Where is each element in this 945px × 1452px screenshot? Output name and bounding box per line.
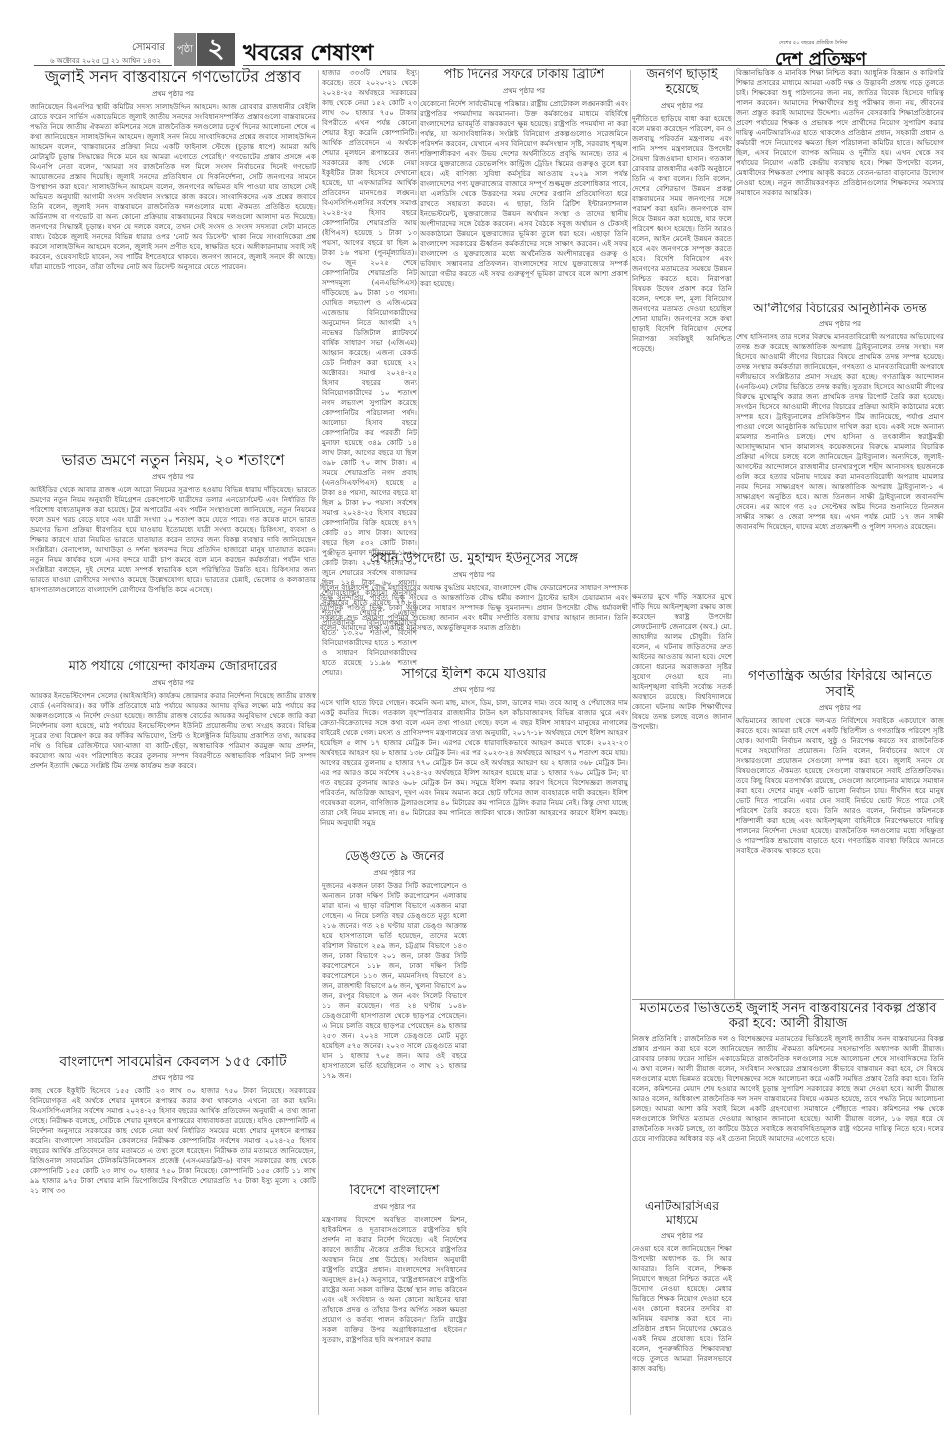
article-continued-from: প্রথম পৃষ্ঠার পর bbox=[632, 100, 732, 112]
page-number-box: ২ bbox=[197, 33, 235, 66]
article-yunus-meeting: প্রধান উপদেষ্টা ড. মুহাম্মদ ইউনূসের সঙ্গ… bbox=[320, 552, 628, 662]
page-label-box: পৃষ্ঠা bbox=[174, 33, 196, 66]
article-body: বিজ্ঞানভিত্তিক ও মানবিক শিক্ষা নিশ্চিত ক… bbox=[736, 68, 944, 198]
article-body: জানিয়েছেন বিএনপির স্থায়ী কমিটির সদস্য … bbox=[30, 102, 316, 272]
article-hilsa-decline: সাগরে ইলিশ কমে যাওয়ারপ্রথম পৃষ্ঠার পরএস… bbox=[320, 666, 628, 1416]
article-continued-from: প্রথম পৃষ্ঠার পর bbox=[320, 684, 628, 696]
article-body: কাছ থেকে ইকুইটি হিসেবে ১৫৫ কোটি ২৩ লাখ ৩… bbox=[30, 1086, 316, 1196]
article-body: অভিমানের জায়গা থেকে দল-মত নির্বিশেষে সব… bbox=[736, 716, 944, 856]
article-continued-from: প্রথম পৃষ্ঠার পর bbox=[320, 569, 628, 581]
article-body: আয়কর ইনভেস্টিগেশন সেলের (আইআইসি) কার্যক… bbox=[30, 691, 316, 771]
article-continued-from: প্রথম পৃষ্ঠার পর bbox=[30, 1072, 316, 1084]
masthead-rule-left bbox=[34, 65, 172, 66]
article-july-charter: জুলাই সনদ বাস্তবায়নে গণভোটের প্রস্তাবপ্… bbox=[30, 68, 316, 448]
article-body: শেখ হাসিনাসহ তার দলের বিরুদ্ধে মানবতাবির… bbox=[736, 332, 944, 532]
article-headline: জনগণ ছাড়াই হয়েছে bbox=[632, 68, 732, 98]
masthead: সোমবার ৬ অক্টোবর ২০২৫ ❑ ২১ আশ্বিন ১৪৩২ প… bbox=[0, 0, 945, 66]
article-continued-from: প্রথম পৃষ্ঠার পর bbox=[30, 88, 316, 100]
article-awami-league-trial: আ'লীগের বিচারের আনুষ্ঠানিক তদন্তপ্রথম পৃ… bbox=[736, 302, 944, 664]
article-body: ক্ষমতার মুখে দাঁড়ি সন্ত্রাসের মুখে দাঁড… bbox=[632, 592, 732, 732]
column-divider bbox=[734, 70, 735, 1000]
article-body: ছিলেন বাংলাদেশ বৌদ্ধ মহাবিহারের অধ্যক্ষ … bbox=[320, 583, 628, 633]
article-home-adviser: ক্ষমতার মুখে দাঁড়ি সন্ত্রাসের মুখে দাঁড… bbox=[632, 592, 732, 996]
article-democratic-order: গণতান্ত্রিক অর্ডার ফিরিয়ে আনতে সবাইপ্রথ… bbox=[736, 668, 944, 998]
article-body: দুর্নীতিতে ছাড়িয়ে বাধা করা হয়েছে বলে … bbox=[632, 114, 732, 354]
article-submarine-cables: বাংলাদেশ সাবমেরিন কেবলস ১৫৫ কোটিপ্রথম পৃ… bbox=[30, 1054, 316, 1416]
article-continued-from: প্রথম পৃষ্ঠার পর bbox=[632, 1230, 732, 1242]
article-continued-from: প্রথম পৃষ্ঠার পর bbox=[736, 318, 944, 330]
article-headline: আ'লীগের বিচারের আনুষ্ঠানিক তদন্ত bbox=[736, 302, 944, 316]
article-body: যেকোনো নির্দেশ সার্বভৌমত্বে পরিষ্কার। রা… bbox=[420, 99, 628, 289]
article-teachers-ntrca: বিজ্ঞানভিত্তিক ও মানবিক শিক্ষা নিশ্চিত ক… bbox=[736, 68, 944, 218]
article-india-travel: ভারত ভ্রমণে নতুন নিয়ম, ২০ শতাংশেপ্রথম প… bbox=[30, 452, 316, 657]
article-ground-intelligence: মাঠ পর্যায়ে গোয়েন্দা কার্যক্রম জোরদারে… bbox=[30, 660, 316, 1050]
article-headline: এনটিআরসিএর মাধ্যমে bbox=[632, 1200, 732, 1228]
article-body: এসে খালি হাতে ফিরে গেছেন। কমেনি অন্য মাছ… bbox=[320, 698, 628, 828]
article-continued-from: প্রথম পৃষ্ঠার পর bbox=[30, 677, 316, 689]
article-headline: গণতান্ত্রিক অর্ডার ফিরিয়ে আনতে সবাই bbox=[736, 668, 944, 700]
article-headline: ভারত ভ্রমণে নতুন নিয়ম, ২০ শতাংশে bbox=[30, 452, 316, 469]
article-headline: মাঠ পর্যায়ে গোয়েন্দা কার্যক্রম জোরদারে… bbox=[30, 660, 316, 675]
article-body: নিজস্ব প্রতিনিধি : রাজনৈতিক দল ও বিশেষজ্… bbox=[632, 1034, 944, 1144]
article-british-visit: পাঁচ দিনের সফরে ঢাকায় ব্রিটিশপ্রথম পৃষ্… bbox=[420, 68, 628, 548]
article-continued-from: প্রথম পৃষ্ঠার পর bbox=[736, 702, 944, 714]
article-continued-from: প্রথম পৃষ্ঠার পর bbox=[30, 471, 316, 483]
article-body: নেওয়া হবে বলে জানিয়েছেন শিক্ষা উপদেষ্ট… bbox=[632, 1244, 732, 1374]
column-divider bbox=[318, 70, 319, 1415]
section-divider bbox=[632, 999, 944, 1000]
article-headline: বাংলাদেশ সাবমেরিন কেবলস ১৫৫ কোটি bbox=[30, 1054, 316, 1070]
article-body: আইইডির থেকে আবার রাজস্ব এলে আরো নিয়মের … bbox=[30, 485, 316, 595]
article-continued-from: প্রথম পৃষ্ঠার পর bbox=[420, 85, 628, 97]
article-headline: সাগরে ইলিশ কমে যাওয়ার bbox=[320, 666, 628, 682]
column-divider bbox=[630, 70, 631, 1415]
article-headline: জুলাই সনদ বাস্তবায়নে গণভোটের প্রস্তাব bbox=[30, 68, 316, 86]
column-divider bbox=[418, 70, 419, 550]
article-headline: মতামতের ভিত্তিতেই জুলাই সনদ বাস্তবায়নের… bbox=[632, 1002, 944, 1032]
article-headline: প্রধান উপদেষ্টা ড. মুহাম্মদ ইউনূসের সঙ্গ… bbox=[320, 552, 628, 567]
article-headline: পাঁচ দিনের সফরে ঢাকায় ব্রিটিশ bbox=[420, 68, 628, 83]
article-ntrca: এনটিআরসিএর মাধ্যমেপ্রথম পৃষ্ঠার পরনেওয়া… bbox=[632, 1200, 732, 1416]
article-public-safety: জনগণ ছাড়াই হয়েছেপ্রথম পৃষ্ঠার পরদুর্নী… bbox=[632, 68, 732, 588]
